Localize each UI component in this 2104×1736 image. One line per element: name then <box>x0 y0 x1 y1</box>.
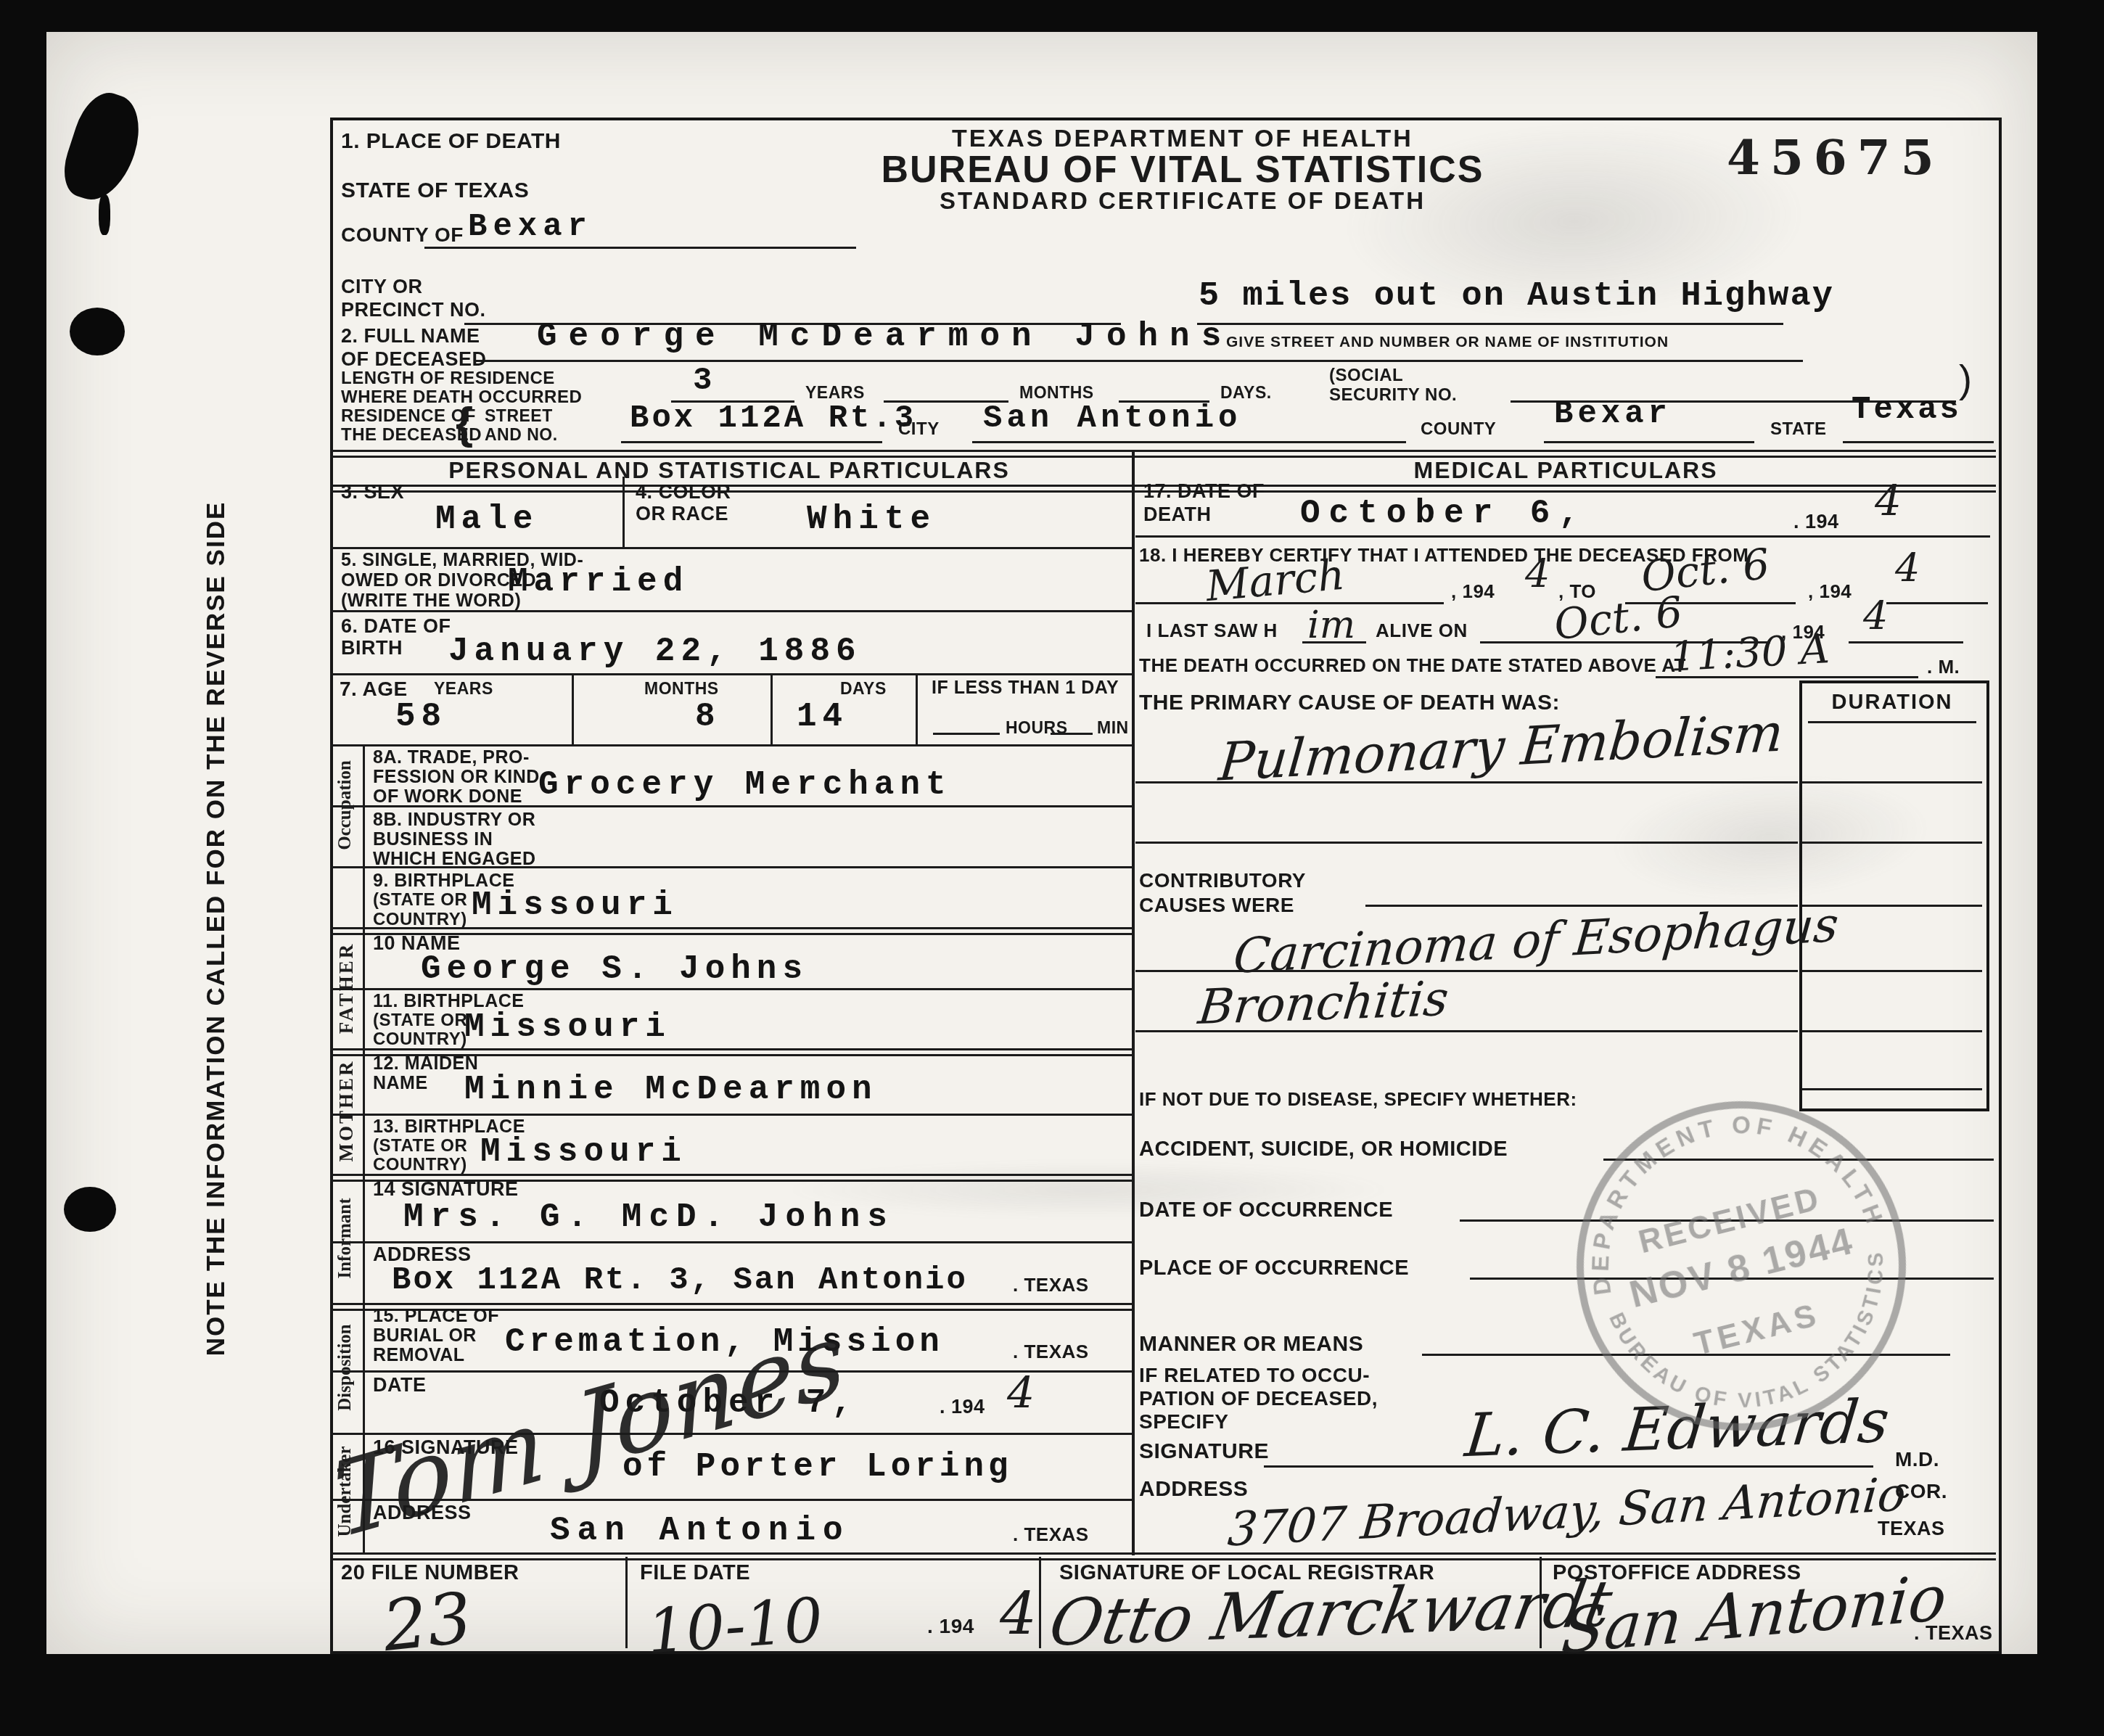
age-months-value: 8 <box>695 698 721 736</box>
physician-sig-label: SIGNATURE <box>1139 1439 1269 1464</box>
contrib-label-1: CONTRIBUTORY <box>1139 869 1306 892</box>
burial-label-3: REMOVAL <box>373 1345 465 1366</box>
county-value: Bexar <box>468 209 593 245</box>
burial-date-label: DATE <box>373 1374 427 1396</box>
undertaker-addr-value: San Antonio <box>550 1512 850 1550</box>
to-year-handwritten: 4 <box>1895 546 1920 591</box>
duration-line <box>1802 970 1982 972</box>
contrib-fill-line-1 <box>1135 970 1798 972</box>
bottom-divider-2 <box>1039 1557 1041 1648</box>
mother-bp-label-3: COUNTRY) <box>373 1155 467 1175</box>
min-fill-line <box>1051 733 1093 735</box>
street-value: Box 112A Rt.3 <box>630 400 916 437</box>
place-occ-label: PLACE OF OCCURRENCE <box>1139 1256 1409 1280</box>
city-hint: GIVE STREET AND NUMBER OR NAME OF INSTIT… <box>1226 334 1669 351</box>
personal-section-header: PERSONAL AND STATISTICAL PARTICULARS <box>366 457 1092 484</box>
sex-value: Male <box>435 501 538 538</box>
months-label: MONTHS <box>1019 383 1094 403</box>
father-bp-label-2: (STATE OR <box>373 1011 467 1031</box>
residence-brace: { <box>456 398 473 449</box>
years-label: YEARS <box>805 383 865 403</box>
lastsaw-him-line <box>1302 641 1366 643</box>
county-of-label: COUNTY OF <box>341 223 464 247</box>
lastsaw-year-handwritten: 4 <box>1863 593 1888 639</box>
full-name-label-2: OF DECEASED <box>341 348 487 371</box>
trade-label-3: OF WORK DONE <box>373 786 522 807</box>
from-year-prefix: , 194 <box>1451 580 1495 603</box>
to-year-fill-line <box>1886 602 1988 604</box>
duration-label: DURATION <box>1810 691 1974 715</box>
state-of-texas-label: STATE OF TEXAS <box>341 178 529 203</box>
bottom-row-top-rule <box>330 1552 1996 1560</box>
sex-color-divider <box>622 477 625 547</box>
ink-drip <box>99 194 110 235</box>
undertaker-firm: of Porter Loring <box>622 1448 1013 1486</box>
side-strip-divider <box>363 744 365 1552</box>
primary-cause-label: THE PRIMARY CAUSE OF DEATH WAS: <box>1139 691 1560 715</box>
bottom-divider-1 <box>625 1557 628 1648</box>
state2-fill-line <box>1843 441 1994 443</box>
cause-fill-line-1 <box>1135 781 1798 783</box>
county-fill-line <box>424 247 856 249</box>
file-number-handwritten: 23 <box>379 1577 475 1667</box>
scanned-death-certificate: NOTE THE INFORMATION CALLED FOR ON THE R… <box>0 0 2104 1736</box>
file-date-label: FILE DATE <box>640 1561 750 1585</box>
marital-label-3: (WRITE THE WORD) <box>341 591 521 612</box>
occurred-fill-line <box>1656 676 1918 678</box>
certificate-number: 45675 <box>1727 129 1944 186</box>
occurred-time-handwritten: 11:30 A <box>1669 625 1830 680</box>
bureau-title: BUREAU OF VITAL STATISTICS <box>820 148 1545 192</box>
hole-punch-bottom <box>64 1187 116 1232</box>
father-bp-value: Missouri <box>464 1008 671 1046</box>
full-name-label-1: 2. FULL NAME <box>341 325 480 347</box>
full-name-value: George McDearmon Johns <box>537 318 1233 355</box>
postoffice-state: . TEXAS <box>1914 1622 1993 1645</box>
hole-punch-top <box>70 308 125 355</box>
marital-label-2: OWED OR DIVORCED <box>341 570 536 591</box>
physician-sig-line <box>1264 1465 1873 1468</box>
margin-note: NOTE THE INFORMATION CALLED FOR ON THE R… <box>202 384 231 1473</box>
ifnot-label: IF NOT DUE TO DISEASE, SPECIFY WHETHER: <box>1139 1088 1577 1111</box>
street-label-1: STREET <box>485 406 553 426</box>
birthplace-label-3: COUNTRY) <box>373 910 467 930</box>
city2-value: San Antonio <box>983 400 1241 437</box>
ssn-label-1: (SOCIAL <box>1329 366 1403 386</box>
lastsaw-year-line <box>1849 641 1963 643</box>
duration-line <box>1802 1030 1982 1032</box>
age-divider-2 <box>770 673 773 744</box>
row-line <box>330 744 1132 746</box>
row-line <box>330 673 1132 675</box>
informant-sig-label: 14 SIGNATURE <box>373 1178 519 1201</box>
age-divider-3 <box>916 673 918 744</box>
date-occ-label: DATE OF OCCURRENCE <box>1139 1198 1393 1222</box>
dod-label-1: 17. DATE OF <box>1143 480 1265 503</box>
marital-value: Married <box>508 563 689 601</box>
informant-addr-value: Box 112A Rt. 3, San Antonio <box>392 1262 968 1299</box>
full-name-fill-line <box>475 360 1803 362</box>
file-year-prefix: . 194 <box>927 1615 974 1638</box>
age-years-value: 58 <box>395 698 447 736</box>
row-line <box>330 547 1132 549</box>
industry-label-1: 8B. INDUSTRY OR <box>373 810 535 831</box>
mother-side-label: MOTHER <box>335 1052 358 1169</box>
industry-label-3: WHICH ENGAGED <box>373 849 536 870</box>
occurred-label: THE DEATH OCCURRED ON THE DATE STATED AB… <box>1139 654 1686 677</box>
duration-box <box>1799 680 1989 1111</box>
color-label-2: OR RACE <box>636 503 728 525</box>
city-precinct-label-2: PRECINCT NO. <box>341 299 486 321</box>
undertaker-addr-label: ADDRESS <box>373 1502 472 1524</box>
state2-value: Texas <box>1852 392 1962 428</box>
trade-label-2: FESSION OR KIND <box>373 767 540 788</box>
street-label-2: AND NO. <box>485 425 558 445</box>
residence-length-label-1: LENGTH OF RESIDENCE <box>341 369 555 389</box>
street-fill-line <box>621 441 882 443</box>
city-value-fill-line <box>1197 323 1783 325</box>
row-line <box>330 1114 1132 1116</box>
maiden-label-2: NAME <box>373 1073 428 1094</box>
maiden-label-1: 12. MAIDEN <box>373 1053 478 1074</box>
from-fill-line <box>1135 602 1444 604</box>
color-value: White <box>807 501 936 538</box>
burial-label-1: 15. PLACE OF <box>373 1306 499 1327</box>
trade-label-1: 8A. TRADE, PRO- <box>373 747 530 768</box>
burial-year-handwritten: 4 <box>1007 1368 1035 1419</box>
dod-fill-line <box>1135 535 1990 538</box>
from-year-handwritten: 4 <box>1525 551 1550 597</box>
lastsaw-him-handwritten: im <box>1307 604 1355 647</box>
sex-label: 3. SEX <box>341 481 404 503</box>
burial-year-prefix: . 194 <box>940 1396 985 1418</box>
place-of-death-label: 1. PLACE OF DEATH <box>341 129 561 154</box>
dod-label-2: DEATH <box>1143 503 1212 526</box>
residence-years-value: 3 <box>693 363 718 399</box>
manner-label: MANNER OR MEANS <box>1139 1332 1363 1357</box>
trade-value: Grocery Merchant <box>538 766 952 804</box>
age-divider-1 <box>572 673 574 744</box>
informant-sig-value: Mrs. G. McD. Johns <box>403 1198 895 1236</box>
lastsaw-suffix: ALIVE ON <box>1376 620 1468 642</box>
occurred-m-label: . M. <box>1927 656 1960 678</box>
informant-side-label: Informant <box>335 1178 356 1299</box>
county2-label: COUNTY <box>1421 419 1496 440</box>
industry-label-2: BUSINESS IN <box>373 829 493 850</box>
mother-bp-value: Missouri <box>480 1133 687 1171</box>
burial-state: . TEXAS <box>1013 1341 1089 1363</box>
contrib-label-2: CAUSES WERE <box>1139 894 1294 917</box>
city2-fill-line <box>972 441 1406 443</box>
min-label: MIN <box>1097 718 1129 738</box>
file-date-handwritten: 10-10 <box>645 1584 825 1668</box>
contrib-handwritten-2: Bronchitis <box>1196 971 1451 1035</box>
physician-addr-label: ADDRESS <box>1139 1477 1248 1502</box>
medical-section-header: MEDICAL PARTICULARS <box>1203 457 1928 484</box>
burial-label-2: BURIAL OR <box>373 1325 477 1346</box>
occupation-side-label: Occupation <box>335 750 356 860</box>
age-months-label: MONTHS <box>644 679 719 699</box>
father-name-value: George S. Johns <box>421 950 808 988</box>
mother-bp-label-2: (STATE OR <box>373 1136 467 1156</box>
dod-value: October 6, <box>1300 495 1587 532</box>
maiden-value: Minnie McDearmon <box>464 1071 878 1108</box>
county2-value: Bexar <box>1554 396 1672 432</box>
county2-fill-line <box>1544 441 1754 443</box>
dod-year-handwritten: 4 <box>1875 476 1902 525</box>
father-bp-label-3: COUNTRY) <box>373 1029 467 1050</box>
city2-label: CITY <box>898 419 940 440</box>
state2-label: STATE <box>1770 419 1827 440</box>
dod-year-prefix: . 194 <box>1793 511 1839 533</box>
duration-line <box>1802 781 1982 783</box>
svg-text:TEXAS: TEXAS <box>1690 1297 1823 1362</box>
to-year-prefix: , 194 <box>1808 580 1852 603</box>
ssn-label-2: SECURITY NO. <box>1329 385 1457 406</box>
file-year-handwritten: 4 <box>1000 1580 1037 1647</box>
birthplace-value: Missouri <box>472 886 678 924</box>
days-label: DAYS. <box>1220 383 1272 403</box>
dob-label-2: BIRTH <box>341 637 403 659</box>
related-label-1: IF RELATED TO OCCU- <box>1139 1364 1370 1387</box>
disposition-side-label: Disposition <box>335 1307 356 1428</box>
contrib-fill-line-2 <box>1135 1030 1798 1032</box>
column-divider <box>1132 450 1135 1555</box>
cause-fill-line-2 <box>1135 842 1798 844</box>
related-label-3: SPECIFY <box>1139 1410 1228 1433</box>
city-precinct-label-1: CITY OR <box>341 276 423 298</box>
related-label-2: PATION OF DECEASED, <box>1139 1387 1378 1410</box>
dob-value: January 22, 1886 <box>448 633 862 670</box>
color-label-1: 4. COLOR <box>636 481 731 503</box>
lastsaw-prefix: I LAST SAW H <box>1146 620 1278 642</box>
birthplace-label-2: (STATE OR <box>373 890 467 910</box>
dob-label-1: 6. DATE OF <box>341 615 451 638</box>
age-years-label: YEARS <box>434 679 493 699</box>
duration-underline <box>1808 721 1976 723</box>
undertaker-addr-state: . TEXAS <box>1013 1523 1089 1546</box>
father-side-label: FATHER <box>335 931 358 1045</box>
age-days-value: 14 <box>797 698 848 736</box>
physician-addr-state: TEXAS <box>1878 1518 1945 1540</box>
hours-fill-line <box>933 733 1000 735</box>
city-precinct-value: 5 miles out on Austin Highway <box>1199 277 1834 316</box>
standard-cert-title: STANDARD CERTIFICATE OF DEATH <box>856 187 1509 215</box>
age-days-label: DAYS <box>840 679 887 699</box>
accident-label: ACCIDENT, SUICIDE, OR HOMICIDE <box>1139 1138 1508 1161</box>
lessday-label: IF LESS THAN 1 DAY <box>932 678 1119 699</box>
informant-addr-state: . TEXAS <box>1013 1274 1089 1296</box>
row-line <box>330 988 1132 990</box>
duration-line <box>1802 842 1982 844</box>
